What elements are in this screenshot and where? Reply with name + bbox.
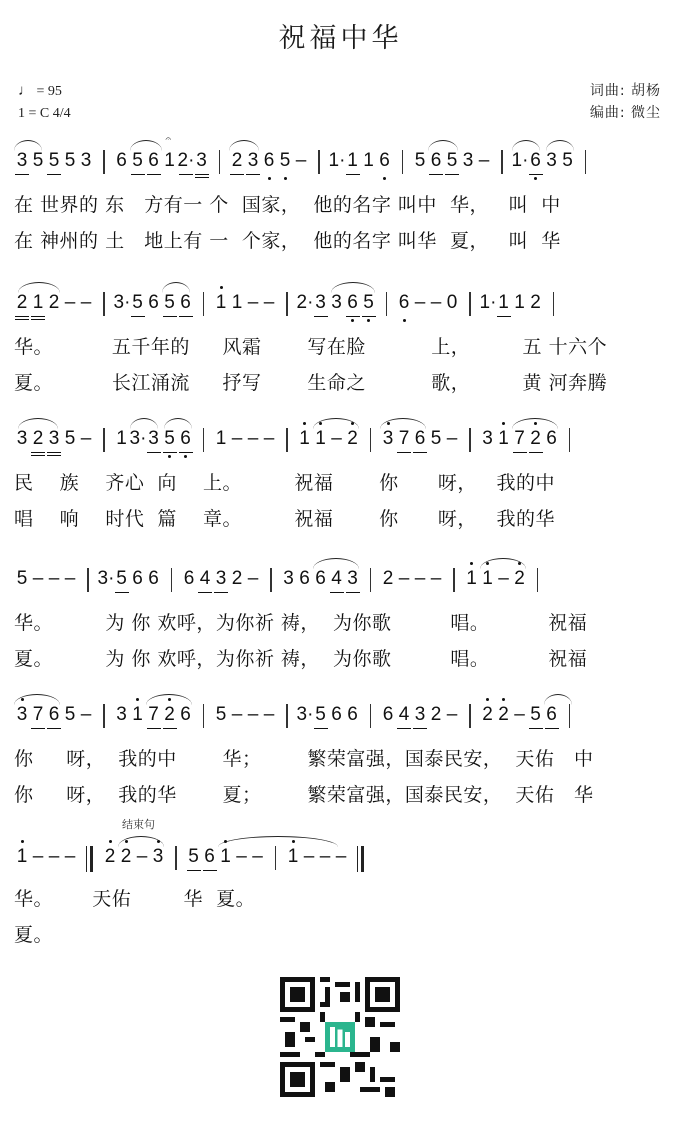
measure: 3·5656: [114, 292, 194, 314]
measure: 561––: [186, 846, 266, 868]
measure: 2–––: [380, 568, 444, 590]
measure: 36643: [281, 568, 361, 590]
notation-line: 3235–13·3561–––11–23765–31726: [14, 428, 579, 458]
lyrics-verse-2: 你 呀， 我的华 夏； 繁荣富强，国泰民安， 天佑 华: [14, 780, 594, 807]
tempo-marking: ♩ = 95: [18, 80, 71, 103]
measure: 1–––: [14, 846, 78, 868]
lyrics-verse-1: 你 呀， 我的中 华； 繁荣富强，国泰民安， 天佑 中: [14, 744, 594, 771]
measure: 6––0: [396, 292, 460, 314]
measure: 2·3365: [297, 292, 377, 314]
measure: 11–2: [464, 568, 528, 590]
measure: 22–3: [102, 846, 166, 868]
lyrics-verse-2: 唱 响 时代 篇 章。 祝福 你 呀， 我的华: [14, 504, 555, 531]
lyrics-verse-1: 华。 天佑 华 夏。: [14, 884, 255, 911]
lyrics-verse-1: 在 世界的 东 方有一 个 国家， 他的名字 叫中 华， 叫 中: [14, 190, 561, 217]
measure: 212––: [14, 292, 94, 314]
song-title: 祝福中华: [0, 16, 681, 55]
notation-line: 212––3·565611––2·33656––01·112: [14, 292, 563, 322]
lyrics-verse-1: 民 族 齐心 向 上。 祝福 你 呀， 我的中: [14, 468, 555, 495]
tempo-key-block: ♩ = 95 1 = C 4/4: [18, 80, 71, 125]
notation-line: 1–––22–3561––1–––: [14, 846, 373, 876]
key-signature: 1 = C 4/4: [18, 103, 71, 125]
measure: 11––: [213, 292, 277, 314]
measure: 1·635: [512, 150, 576, 172]
measure: 31726: [480, 428, 560, 450]
lyrics-music-credit: 词曲: 胡杨: [590, 80, 661, 102]
measure: 6432–: [380, 704, 460, 726]
lyrics-verse-2: 夏。 长江涌流 抒写 生命之 歌， 黄 河奔腾: [14, 368, 607, 395]
qr-code: [275, 972, 405, 1102]
measure: 2365–: [229, 150, 309, 172]
measure: 13·356: [114, 428, 194, 450]
measure: 3765–: [380, 428, 460, 450]
lyrics-verse-1: 华。 为 你 欢呼，为你祈 祷， 为你歌 唱。 祝福: [14, 608, 587, 635]
measure: 22–56: [480, 704, 560, 726]
measure: 3235–: [14, 428, 94, 450]
measure: 5–––: [213, 704, 277, 726]
measure: 11–2: [297, 428, 361, 450]
credits-block: 词曲: 胡杨 编曲: 微尘: [590, 80, 661, 124]
lyrics-verse-2: 夏。 为 你 欢呼，为你祈 祷， 为你歌 唱。 祝福: [14, 644, 587, 671]
lyrics-verse-2: 夏。: [14, 920, 53, 947]
tempo-value: = 95: [37, 84, 62, 99]
measure: 656𝄐12·3: [114, 150, 210, 172]
quarter-note-icon: ♩: [18, 83, 33, 99]
measure: 35553: [14, 150, 94, 172]
measure: 6432–: [181, 568, 261, 590]
measure: 5–––: [14, 568, 78, 590]
notation-line: 35553656𝄐12·32365–1·1165653–1·635: [14, 150, 595, 180]
measure: 3·566: [98, 568, 162, 590]
measure: 1·112: [480, 292, 544, 314]
measure: 3765–: [14, 704, 94, 726]
measure: 1–––: [213, 428, 277, 450]
ending-label: 结束句: [122, 816, 155, 832]
lyrics-verse-1: 华。 五千年的 风霜 写在脸 上， 五 十六个: [14, 332, 607, 359]
notation-line: 3765–317265–––3·5666432–22–56: [14, 704, 579, 734]
measure: 1·116: [329, 150, 393, 172]
double-barline: [86, 846, 94, 872]
arrangement-credit: 编曲: 微尘: [590, 102, 661, 124]
measure: 3·566: [297, 704, 361, 726]
lyrics-verse-2: 在 神州的 土 地上有 一 个家， 他的名字 叫华 夏， 叫 华: [14, 226, 561, 253]
final-barline: [357, 846, 365, 872]
notation-line: 5–––3·5666432–366432–––11–2: [14, 568, 547, 598]
measure: 1–––: [285, 846, 349, 868]
measure: 5653–: [412, 150, 492, 172]
measure: 31726: [114, 704, 194, 726]
